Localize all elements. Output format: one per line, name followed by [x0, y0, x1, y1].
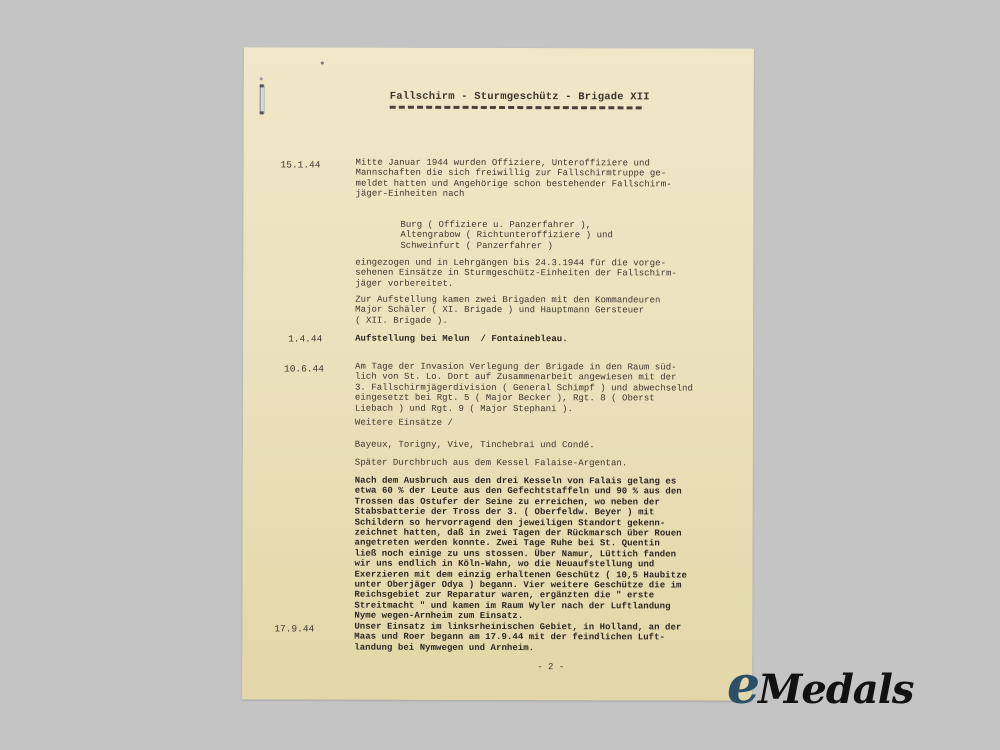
entry-paragraph: Unser Einsatz im linksrheinischen Gebiet… [354, 622, 681, 654]
entry-paragraph: Später Durchbruch aus dem Kessel Falaise… [355, 458, 628, 469]
entry-location-list: Burg ( Offiziere u. Panzerfahrer ), Alte… [400, 220, 613, 252]
entry-paragraph: Zur Aufstellung kamen zwei Brigaden mit … [355, 295, 660, 327]
typewritten-page: Fallschirm - Sturmgeschütz - Brigade XII… [242, 47, 754, 700]
entry-date: 15.1.44 [281, 159, 321, 170]
entry-paragraph: Weitere Einsätze / [355, 418, 453, 429]
entry-date: 10.6.44 [284, 363, 324, 374]
paper-speck [260, 77, 263, 80]
entry-paragraph: Nach dem Ausbruch aus den drei Kesseln v… [354, 476, 687, 623]
staple [260, 85, 265, 113]
page-number: - 2 - [537, 662, 564, 672]
paper-speck [321, 62, 324, 65]
document-title: Fallschirm - Sturmgeschütz - Brigade XII [390, 91, 650, 104]
entry-paragraph: Mitte Januar 1944 wurden Offiziere, Unte… [355, 158, 671, 200]
entry-paragraph: Am Tage der Invasion Verlegung der Briga… [355, 362, 693, 415]
entry-paragraph: eingezogen und in Lehrgängen bis 24.3.19… [355, 258, 677, 290]
emedals-logo: e Medals [727, 660, 913, 710]
logo-wordmark: Medals [758, 670, 913, 710]
entry-paragraph: Aufstellung bei Melun / Fontainebleau. [355, 334, 568, 345]
logo-e-letter: e [727, 660, 758, 712]
entry-paragraph: Bayeux, Torigny, Vive, Tinchebrai und Co… [355, 440, 595, 451]
entry-date: 17.9.44 [274, 623, 314, 634]
entry-date: 1.4.44 [288, 333, 322, 344]
title-underline [390, 106, 642, 110]
